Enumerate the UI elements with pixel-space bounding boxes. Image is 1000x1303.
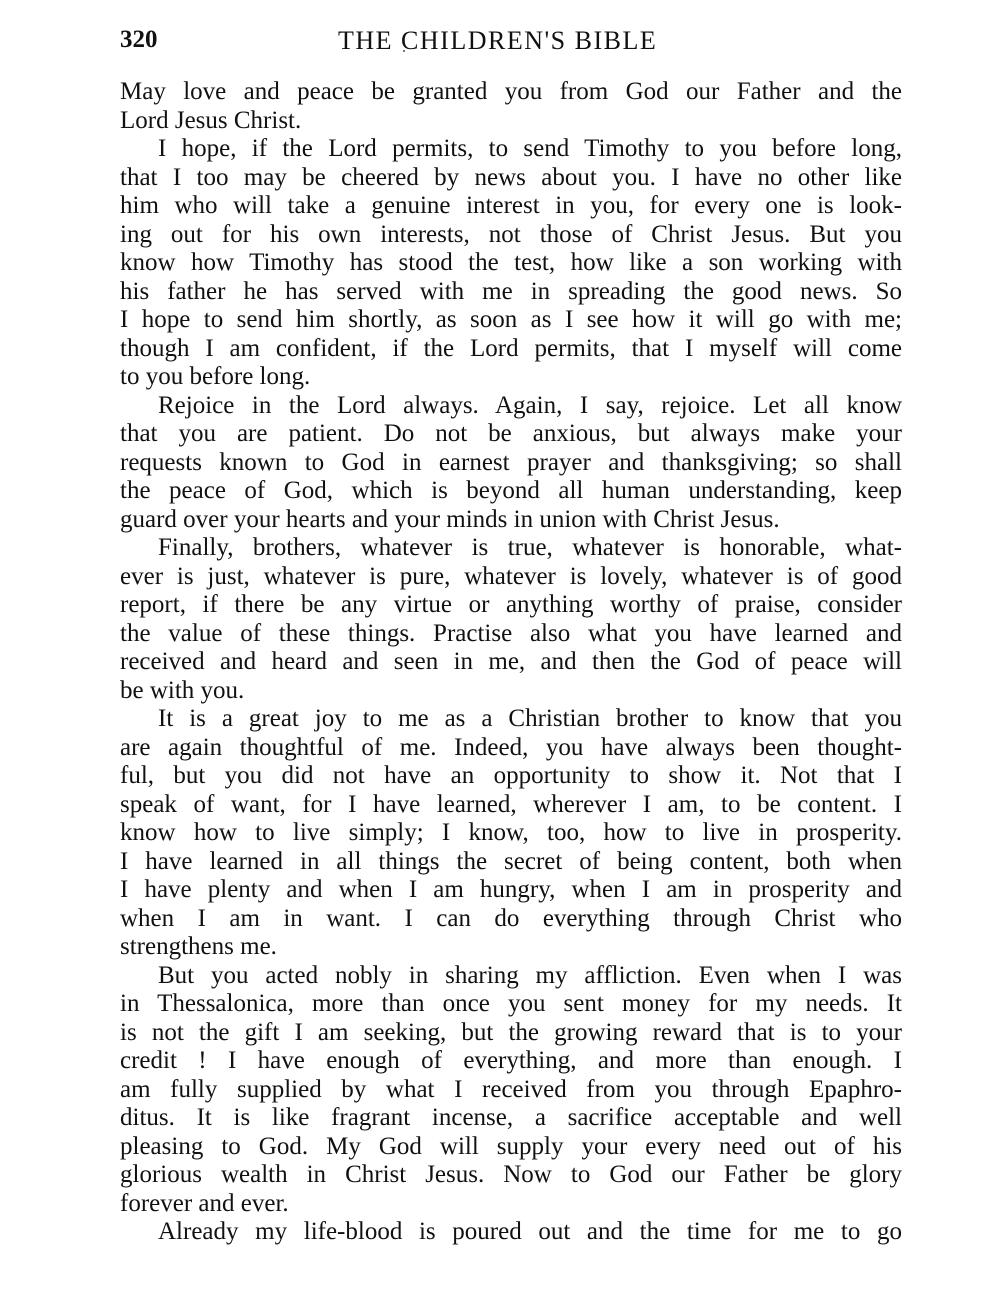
text-line: I have plenty and when I am hungry, when… <box>120 876 902 905</box>
text-line: know how to live simply; I know, too, ho… <box>120 819 902 848</box>
page-header: 320 THE CHILDREN'S BIBLE <box>120 26 902 60</box>
page-number: 320 <box>120 26 158 54</box>
running-title: THE CHILDREN'S BIBLE <box>338 26 657 56</box>
text-line: am fully supplied by what I received fro… <box>120 1076 902 1105</box>
text-line: But you acted nobly in sharing my afflic… <box>120 962 902 991</box>
text-line: ever is just, whatever is pure, whatever… <box>120 563 902 592</box>
text-line: know how Timothy has stood the test, how… <box>120 249 902 278</box>
text-line: are again thoughtful of me. Indeed, you … <box>120 734 902 763</box>
text-line: ditus. It is like fragrant incense, a sa… <box>120 1104 902 1133</box>
paragraph: Already my life-blood is poured out and … <box>120 1218 902 1247</box>
text-line: speak of want, for I have learned, where… <box>120 791 902 820</box>
paragraph: It is a great joy to me as a Christian b… <box>120 705 902 962</box>
paragraph: May love and peace be granted you from G… <box>120 78 902 135</box>
text-line: It is a great joy to me as a Christian b… <box>120 705 902 734</box>
text-line: requests known to God in earnest prayer … <box>120 449 902 478</box>
text-line: Finally, brothers, whatever is true, wha… <box>120 534 902 563</box>
text-line: Rejoice in the Lord always. Again, I say… <box>120 392 902 421</box>
print-speck <box>403 50 405 52</box>
paragraph: I hope, if the Lord permits, to send Tim… <box>120 135 902 392</box>
text-line: I hope to send him shortly, as soon as I… <box>120 306 902 335</box>
text-line: to you before long. <box>120 363 902 392</box>
text-line: I hope, if the Lord permits, to send Tim… <box>120 135 902 164</box>
text-line: is not the gift I am seeking, but the gr… <box>120 1019 902 1048</box>
page-body: May love and peace be granted you from G… <box>120 78 902 1247</box>
paragraph: Finally, brothers, whatever is true, wha… <box>120 534 902 705</box>
text-line: when I am in want. I can do everything t… <box>120 905 902 934</box>
paragraph: Rejoice in the Lord always. Again, I say… <box>120 392 902 535</box>
text-line: that you are patient. Do not be anxious,… <box>120 420 902 449</box>
text-line: the value of these things. Practise also… <box>120 620 902 649</box>
paragraph: But you acted nobly in sharing my afflic… <box>120 962 902 1219</box>
text-line: Lord Jesus Christ. <box>120 107 902 136</box>
text-line: report, if there be any virtue or anythi… <box>120 591 902 620</box>
text-line: pleasing to God. My God will supply your… <box>120 1133 902 1162</box>
text-line: forever and ever. <box>120 1190 902 1219</box>
text-line: guard over your hearts and your minds in… <box>120 506 902 535</box>
text-line: his father he has served with me in spre… <box>120 278 902 307</box>
text-line: the peace of God, which is beyond all hu… <box>120 477 902 506</box>
text-line: May love and peace be granted you from G… <box>120 78 902 107</box>
text-line: in Thessalonica, more than once you sent… <box>120 990 902 1019</box>
text-line: that I too may be cheered by news about … <box>120 164 902 193</box>
text-line: glorious wealth in Christ Jesus. Now to … <box>120 1161 902 1190</box>
text-line: though I am confident, if the Lord permi… <box>120 335 902 364</box>
text-line: be with you. <box>120 677 902 706</box>
text-line: I have learned in all things the secret … <box>120 848 902 877</box>
text-line: received and heard and seen in me, and t… <box>120 648 902 677</box>
text-line: ing out for his own interests, not those… <box>120 221 902 250</box>
text-line: strengthens me. <box>120 933 902 962</box>
text-line: Already my life-blood is poured out and … <box>120 1218 902 1247</box>
text-line: ful, but you did not have an opportunity… <box>120 762 902 791</box>
text-line: him who will take a genuine interest in … <box>120 192 902 221</box>
text-line: credit ! I have enough of everything, an… <box>120 1047 902 1076</box>
